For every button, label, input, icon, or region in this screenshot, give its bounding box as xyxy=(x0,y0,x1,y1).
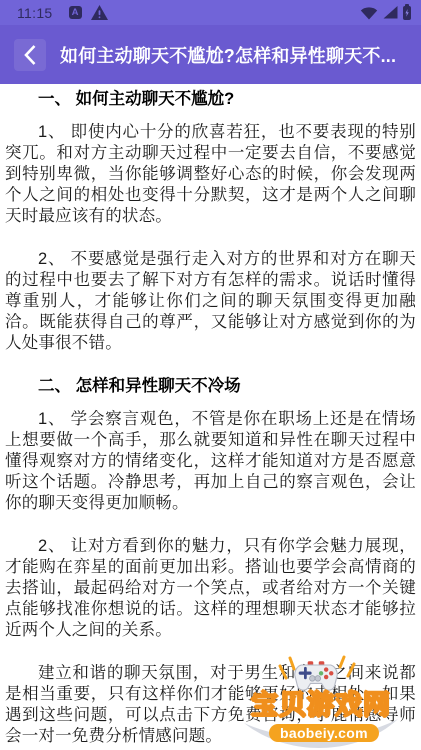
article-content[interactable]: 一、 如何主动聊天不尴尬? 1、 即使内心十分的欣喜若狂，也不要表现的特别突兀。… xyxy=(0,84,421,750)
warning-icon xyxy=(91,5,108,20)
back-button[interactable] xyxy=(14,39,46,71)
status-bar: 11:15 A xyxy=(0,0,421,25)
paragraph: 2、 让对方看到你的魅力，只有你学会魅力展现，才能购在弈星的面前更加出彩。搭讪也… xyxy=(5,536,416,641)
letter-a-icon: A xyxy=(69,6,82,19)
cellular-signal-icon xyxy=(383,6,398,19)
battery-icon xyxy=(403,6,411,20)
section-heading-2: 二、 怎样和异性聊天不冷场 xyxy=(5,376,416,397)
paragraph: 1、 即使内心十分的欣喜若狂，也不要表现的特别突兀。和对方主动聊天过程中一定要去… xyxy=(5,122,416,227)
app-bar: 如何主动聊天不尴尬?怎样和异性聊天不... xyxy=(0,25,421,84)
wifi-icon xyxy=(360,6,378,20)
paragraph: 1、 学会察言观色，不管是你在职场上还是在情场上想要做一个高手，那么就要知道和异… xyxy=(5,409,416,514)
paragraph: 2、 不要感觉是强行走入对方的世界和对方在聊天的过程中也要去了解下对方有怎样的需… xyxy=(5,249,416,354)
paragraph: 建立和谐的聊天氛围，对于男生和女生之间来说都是相当重要，只有这样你们才能够更好的… xyxy=(5,663,416,747)
status-left-icons: A xyxy=(69,5,108,20)
status-time: 11:15 xyxy=(17,5,53,21)
section-heading-1: 一、 如何主动聊天不尴尬? xyxy=(5,89,416,110)
phone-screen: 11:15 A xyxy=(0,0,421,750)
status-right-icons xyxy=(360,6,411,20)
page-title: 如何主动聊天不尴尬?怎样和异性聊天不... xyxy=(60,42,396,68)
back-chevron-icon xyxy=(23,44,37,66)
